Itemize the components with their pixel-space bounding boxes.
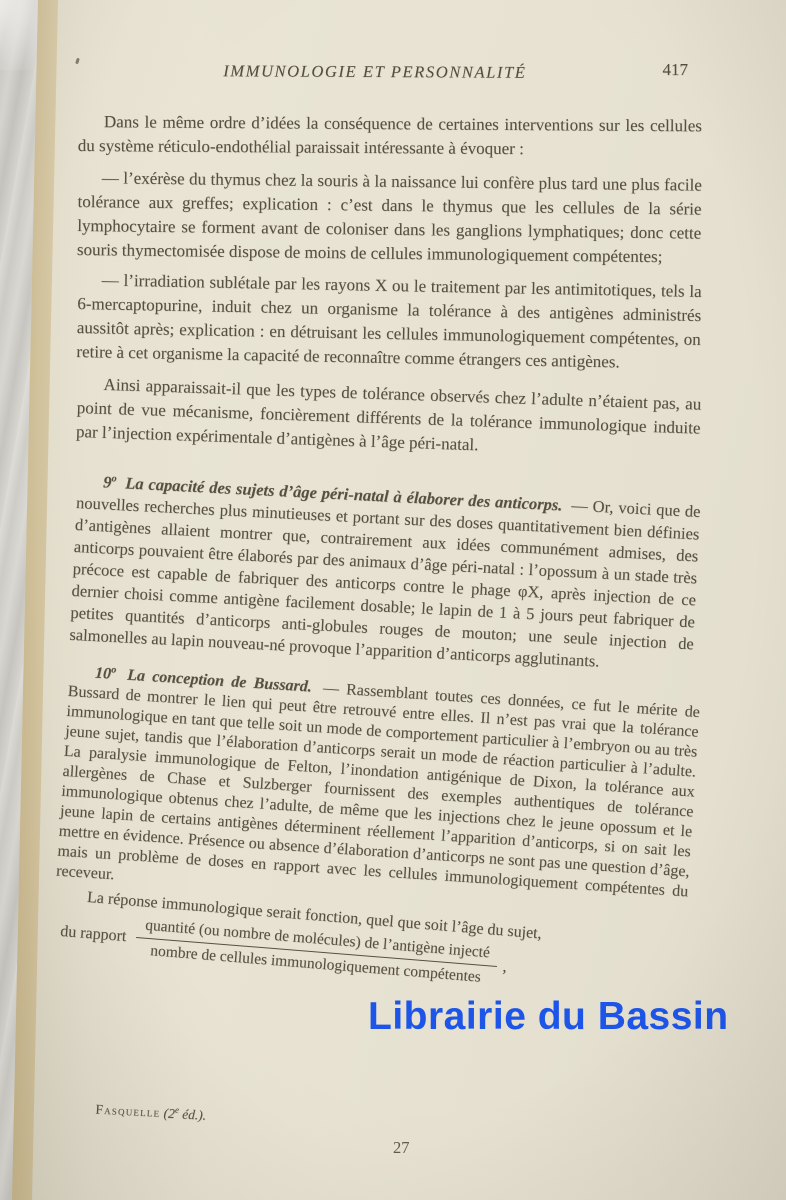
- section-9-ordinal: o: [111, 473, 117, 484]
- paragraph-conclusion-tolerance: Ainsi apparaissait-il que les types de t…: [76, 372, 702, 465]
- watermark-text: Librairie du Bassin: [368, 995, 729, 1039]
- section-10-body: — Rassemblant toutes ces données, ce fut…: [56, 679, 701, 900]
- paragraph-intro: Dans le même ordre d’idées la conséquenc…: [78, 110, 702, 162]
- page-header: IMMUNOLOGIE ET PERSONNALITÉ 417: [78, 60, 702, 86]
- paragraph-dash-thymus: — l’exérèse du thymus chez la souris à l…: [77, 166, 702, 270]
- ratio-suffix: ,: [502, 957, 508, 977]
- page-number-bottom: 27: [393, 1138, 410, 1158]
- page-number-top: 417: [663, 58, 689, 82]
- section-10-number: 10o: [95, 664, 117, 682]
- section-10-paragraph: 10o La conception de Bussard. — Rassembl…: [56, 658, 701, 923]
- ratio-prefix: du rapport: [60, 921, 128, 946]
- paragraph-dash-irradiation: — l’irradiation sublétale par les rayons…: [76, 268, 702, 376]
- edition-note: (2e éd.).: [163, 1105, 206, 1122]
- running-title: IMMUNOLOGIE ET PERSONNALITÉ: [223, 59, 526, 85]
- section-9-paragraph: 9o La capacité des sujets d’âge péri-nat…: [69, 466, 701, 677]
- section-9-body: — Or, voici que de nouvelles recherches …: [69, 492, 701, 670]
- section-9-number: 9o: [103, 472, 117, 492]
- section-10-ordinal: o: [111, 664, 117, 675]
- page-content: IMMUNOLOGIE ET PERSONNALITÉ 417 Dans le …: [78, 0, 702, 954]
- footer-signature: Fasquelle (2e éd.).: [95, 1100, 207, 1123]
- publisher-name: Fasquelle: [95, 1101, 161, 1119]
- book-photo: IMMUNOLOGIE ET PERSONNALITÉ 417 Dans le …: [0, 0, 786, 1200]
